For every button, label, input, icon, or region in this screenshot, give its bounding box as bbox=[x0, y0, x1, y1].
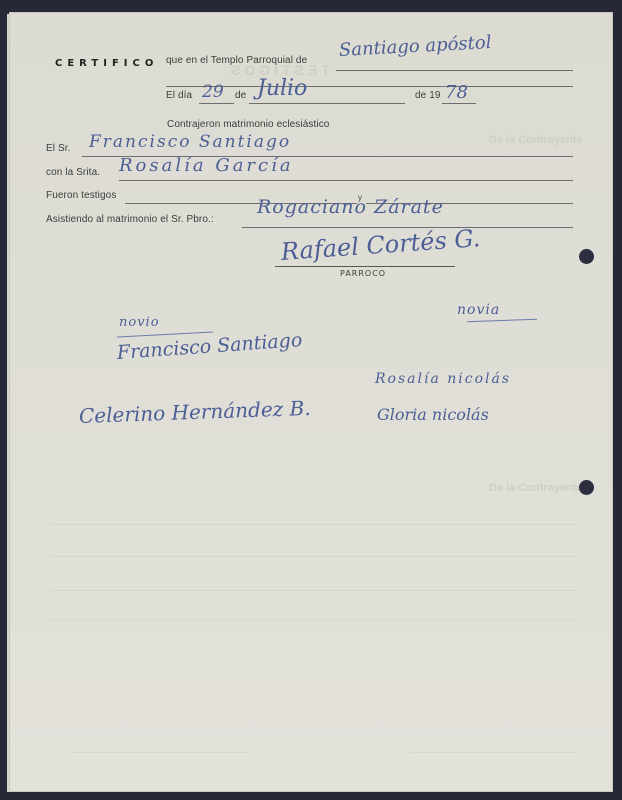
month-field-line bbox=[249, 103, 405, 104]
witness-bride-signature: Gloria nicolás bbox=[377, 405, 489, 424]
bride-signature: Rosalía nicolás bbox=[375, 371, 511, 387]
label-contracted: Contrajeron matrimonio eclesiástico bbox=[167, 119, 329, 130]
groom-name-field[interactable]: Francisco Santiago bbox=[89, 132, 291, 152]
priest-name-field[interactable]: Rogaciano Zárate bbox=[257, 196, 444, 218]
bleed-through-side-heading: De la Contrayente bbox=[489, 134, 583, 146]
bride-side-label: novia bbox=[457, 302, 500, 318]
day-field-line bbox=[199, 103, 234, 104]
bride-field-line bbox=[119, 180, 573, 181]
bleed-through-side-heading: De la Contrayente bbox=[489, 482, 583, 494]
label-priest: Asistiendo al matrimonio el Sr. Pbro.: bbox=[46, 214, 214, 225]
day-field[interactable]: 29 bbox=[202, 82, 224, 102]
label-day: El día bbox=[166, 90, 192, 101]
bleed-through-line bbox=[49, 524, 579, 525]
year-field-line bbox=[442, 103, 476, 104]
bride-name-field[interactable]: Rosalía García bbox=[119, 155, 294, 176]
bleed-through-line bbox=[49, 556, 579, 557]
label-groom: El Sr. bbox=[46, 143, 71, 154]
parroco-signature-line bbox=[275, 266, 455, 267]
witness-groom-signature: Celerino Hernández B. bbox=[79, 396, 311, 428]
punch-hole bbox=[579, 480, 594, 495]
label-witnesses: Fueron testigos bbox=[46, 190, 116, 201]
bleed-through-line bbox=[49, 620, 579, 621]
bleed-through-line bbox=[69, 752, 249, 753]
temple-field-line bbox=[336, 70, 573, 71]
parroco-signature: Rafael Cortés G. bbox=[280, 224, 481, 266]
punch-hole bbox=[579, 249, 594, 264]
label-bride: con la Srita. bbox=[46, 167, 100, 178]
bride-side-underline bbox=[467, 319, 537, 322]
label-day-of: de bbox=[235, 90, 246, 101]
priest-field-line bbox=[242, 227, 573, 228]
marriage-certificate-page: TESTIGOS De la Contrayente De la Contray… bbox=[9, 12, 613, 792]
temple-continuation-line bbox=[166, 86, 573, 87]
label-year: de 19 bbox=[415, 90, 441, 101]
month-field[interactable]: Julio bbox=[257, 76, 307, 101]
bleed-through-line bbox=[409, 752, 579, 753]
bleed-through-line bbox=[49, 590, 579, 591]
parroco-label: PARROCO bbox=[340, 269, 386, 278]
certifico-heading: CERTIFICO bbox=[55, 58, 158, 69]
groom-side-label: novio bbox=[119, 315, 160, 330]
year-field[interactable]: 78 bbox=[445, 82, 468, 103]
temple-name-field[interactable]: Santiago apóstol bbox=[338, 32, 492, 61]
label-temple: que en el Templo Parroquial de bbox=[166, 55, 307, 66]
